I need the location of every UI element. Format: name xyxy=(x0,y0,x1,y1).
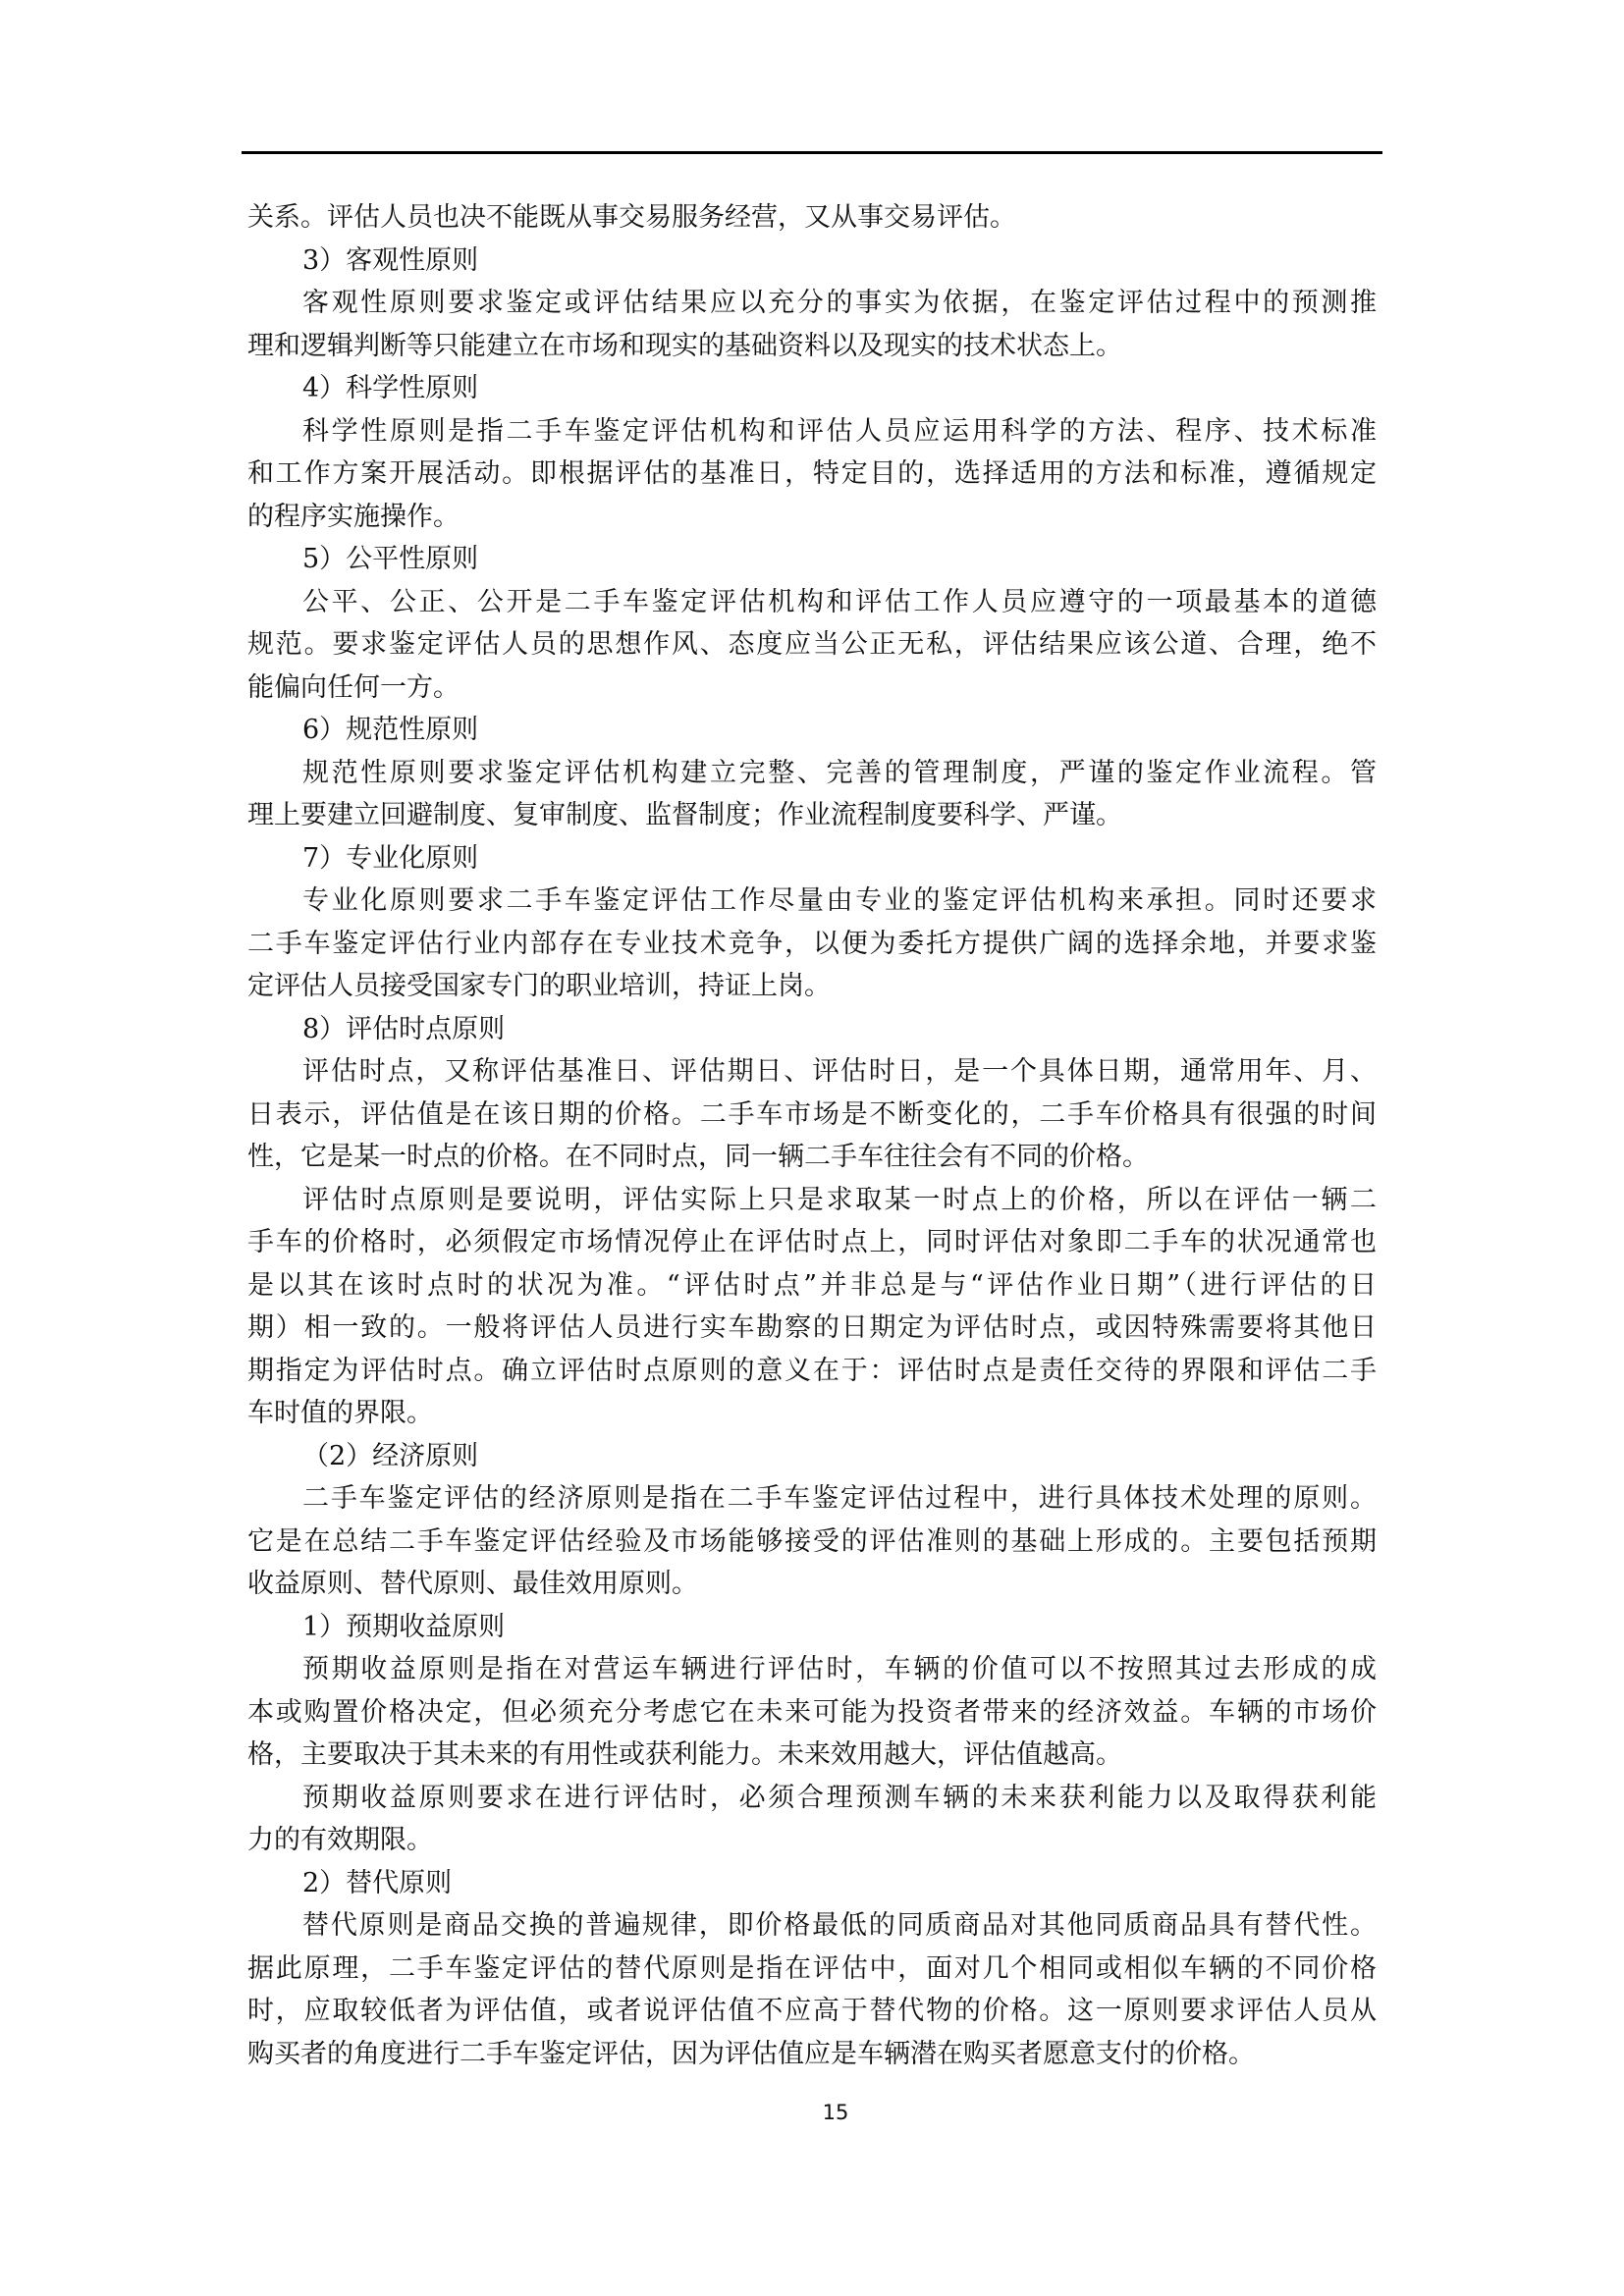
text-line: 二手车鉴定评估行业内部存在专业技术竞争，以便为委托方提供广阔的选择余地，并要求鉴 xyxy=(247,923,1377,966)
text-line: 替代原则是商品交换的普遍规律，即价格最低的同质商品对其他同质商品具有替代性。 xyxy=(247,1904,1377,1948)
text-line: 专业化原则要求二手车鉴定评估工作尽量由专业的鉴定评估机构来承担。同时还要求 xyxy=(247,880,1377,923)
text-line: 时，应取较低者为评估值，或者说评估值不应高于替代物的价格。这一原则要求评估人员从 xyxy=(247,1990,1377,2033)
text-line: 能偏向任何一方。 xyxy=(247,667,1377,710)
text-line: 科学性原则是指二手车鉴定评估机构和评估人员应运用科学的方法、程序、技术标准 xyxy=(247,410,1377,454)
text-line: 理和逻辑判断等只能建立在市场和现实的基础资料以及现实的技术状态上。 xyxy=(247,325,1377,368)
text-line: 据此原理，二手车鉴定评估的替代原则是指在评估中，面对几个相同或相似车辆的不同价格 xyxy=(247,1948,1377,1991)
text-line: 和工作方案开展活动。即根据评估的基准日，特定目的，选择适用的方法和标准，遵循规定 xyxy=(247,453,1377,496)
text-line: 评估时点，又称评估基准日、评估期日、评估时日，是一个具体日期，通常用年、月、 xyxy=(247,1050,1377,1094)
section-heading: 3）客观性原则 xyxy=(247,240,1377,283)
text-line: 的程序实施操作。 xyxy=(247,496,1377,539)
text-line: 二手车鉴定评估的经济原则是指在二手车鉴定评估过程中，进行具体技术处理的原则。 xyxy=(247,1477,1377,1521)
section-heading: 4）科学性原则 xyxy=(247,367,1377,410)
text-line: 它是在总结二手车鉴定评估经验及市场能够接受的评估准则的基础上形成的。主要包括预期 xyxy=(247,1521,1377,1564)
text-line: 手车的价格时，必须假定市场情况停止在评估时点上，同时评估对象即二手车的状况通常也 xyxy=(247,1221,1377,1264)
text-line: 收益原则、替代原则、最佳效用原则。 xyxy=(247,1563,1377,1606)
section-heading: 2）替代原则 xyxy=(247,1862,1377,1905)
text-line: 预期收益原则是指在对营运车辆进行评估时，车辆的价值可以不按照其过去形成的成 xyxy=(247,1648,1377,1691)
text-line: 定评估人员接受国家专门的职业培训，持证上岗。 xyxy=(247,965,1377,1008)
header-rule xyxy=(242,151,1382,154)
text-line: 购买者的角度进行二手车鉴定评估，因为评估值应是车辆潜在购买者愿意支付的价格。 xyxy=(247,2033,1377,2076)
text-line: 公平、公正、公开是二手车鉴定评估机构和评估工作人员应遵守的一项最基本的道德 xyxy=(247,581,1377,624)
text-line: 理上要建立回避制度、复审制度、监督制度；作业流程制度要科学、严谨。 xyxy=(247,794,1377,837)
text-line: 关系。评估人员也决不能既从事交易服务经营，又从事交易评估。 xyxy=(247,196,1377,240)
text-line: 规范性原则要求鉴定评估机构建立完整、完善的管理制度，严谨的鉴定作业流程。管 xyxy=(247,752,1377,795)
text-line: 是以其在该时点时的状况为准。“评估时点”并非总是与“评估作业日期”（进行评估的日 xyxy=(247,1264,1377,1308)
section-heading: 8）评估时点原则 xyxy=(247,1008,1377,1051)
section-heading: 1）预期收益原则 xyxy=(247,1606,1377,1649)
text-line: 客观性原则要求鉴定或评估结果应以充分的事实为依据，在鉴定评估过程中的预测推 xyxy=(247,282,1377,325)
text-line: 规范。要求鉴定评估人员的思想作风、态度应当公正无私，评估结果应该公道、合理，绝不 xyxy=(247,623,1377,667)
text-line: 期指定为评估时点。确立评估时点原则的意义在于：评估时点是责任交待的界限和评估二手 xyxy=(247,1350,1377,1393)
text-line: 性，它是某一时点的价格。在不同时点，同一辆二手车往往会有不同的价格。 xyxy=(247,1136,1377,1179)
text-line: 本或购置价格决定，但必须充分考虑它在未来可能为投资者带来的经济效益。车辆的市场价 xyxy=(247,1691,1377,1735)
section-heading: （2）经济原则 xyxy=(247,1435,1377,1478)
section-heading: 7）专业化原则 xyxy=(247,837,1377,881)
text-line: 力的有效期限。 xyxy=(247,1819,1377,1862)
text-line: 预期收益原则要求在进行评估时，必须合理预测车辆的未来获利能力以及取得获利能 xyxy=(247,1777,1377,1820)
text-line: 日表示，评估值是在该日期的价格。二手车市场是不断变化的，二手车价格具有很强的时间 xyxy=(247,1094,1377,1137)
section-heading: 6）规范性原则 xyxy=(247,709,1377,752)
text-line: 格，主要取决于其未来的有用性或获利能力。未来效用越大，评估值越高。 xyxy=(247,1734,1377,1777)
text-line: 期）相一致的。一般将评估人员进行实车勘察的日期定为评估时点，或因特殊需要将其他日 xyxy=(247,1307,1377,1350)
text-line: 评估时点原则是要说明，评估实际上只是求取某一时点上的价格，所以在评估一辆二 xyxy=(247,1179,1377,1222)
text-line: 车时值的界限。 xyxy=(247,1392,1377,1435)
section-heading: 5）公平性原则 xyxy=(247,538,1377,581)
body-text: 关系。评估人员也决不能既从事交易服务经营，又从事交易评估。 3）客观性原则 客观… xyxy=(247,196,1377,2075)
page-number: 15 xyxy=(0,2101,1624,2124)
